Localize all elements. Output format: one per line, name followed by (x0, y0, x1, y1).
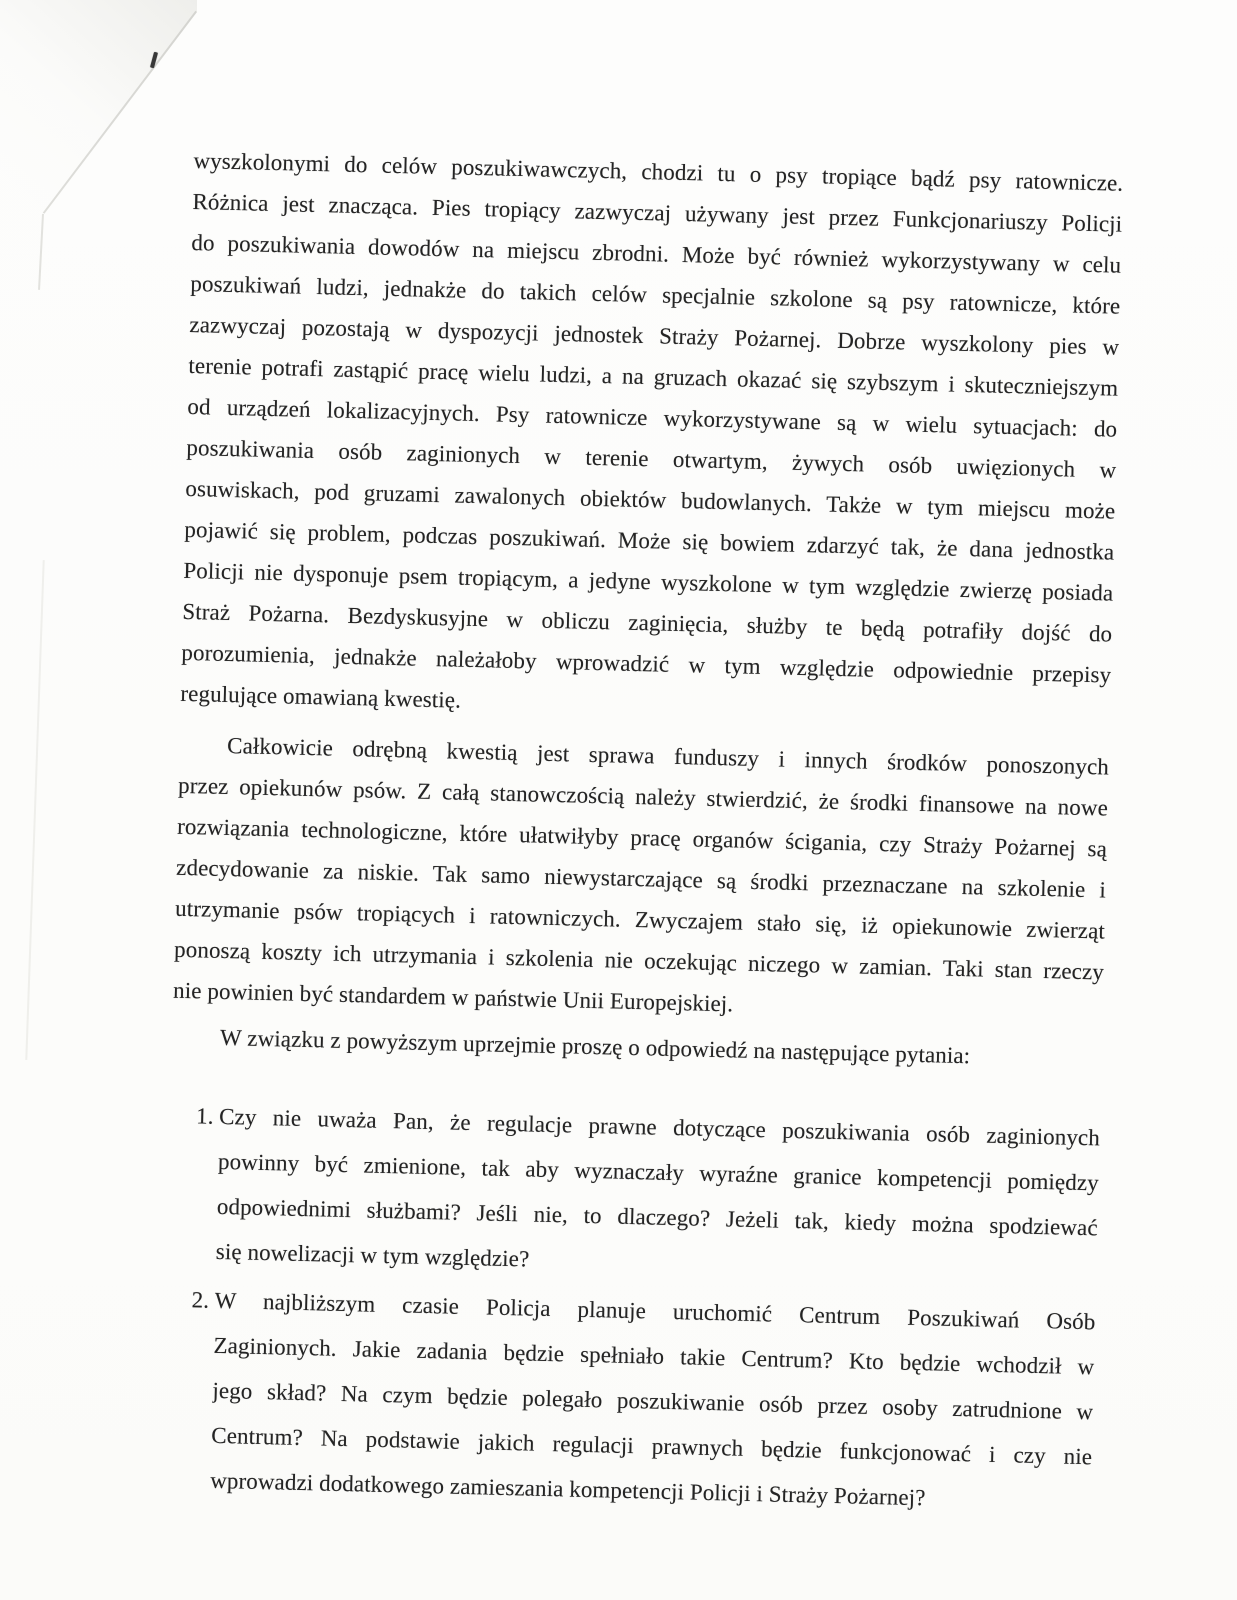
question-number: 1. (196, 1093, 215, 1138)
questions-list: 1. Czy nie uważa Pan, że regulacje prawn… (161, 1093, 1101, 1525)
paragraph-funding: Całkowicie odrębną kwestią jest sprawa f… (173, 724, 1110, 1034)
question-item-1: 1. Czy nie uważa Pan, że regulacje prawn… (166, 1093, 1100, 1296)
page-fold-crease-line (25, 560, 44, 1060)
paragraph-dogs-continuation: wyszkolonymi do celów poszukiwawczych, c… (180, 140, 1124, 737)
document-page: wyszkolonymi do celów poszukiwawczych, c… (0, 0, 1237, 1600)
question-item-2: 2. W najbliższym czasie Policja planuje … (161, 1277, 1096, 1525)
question-number: 2. (191, 1277, 210, 1322)
document-text-block: wyszkolonymi do celów poszukiwawczych, c… (161, 140, 1124, 1528)
page-fold-shadow (0, 0, 197, 290)
